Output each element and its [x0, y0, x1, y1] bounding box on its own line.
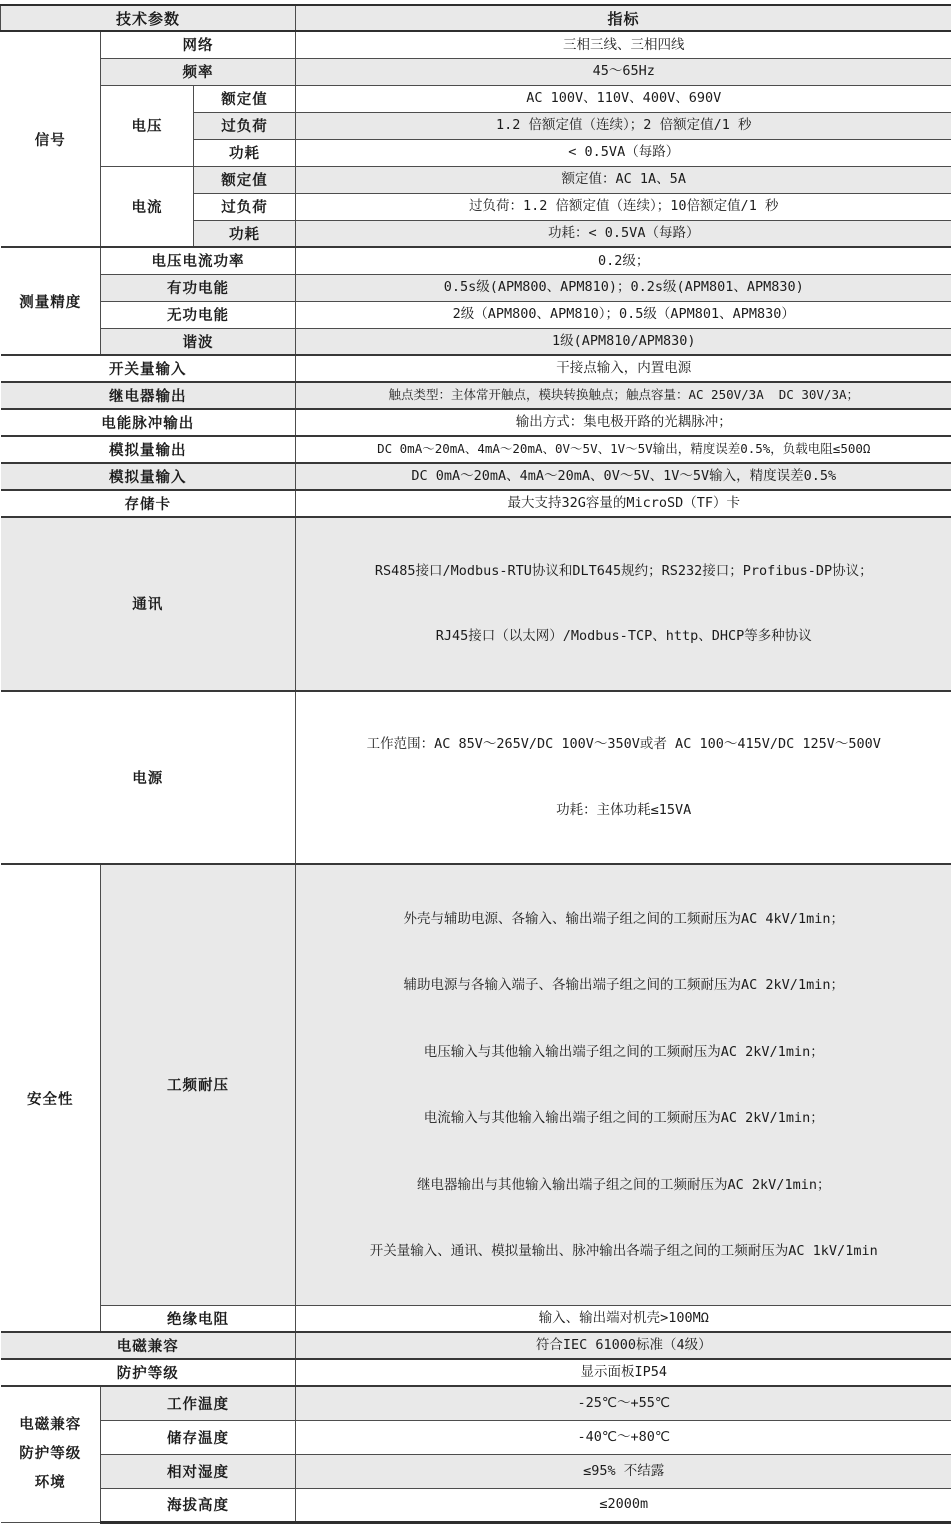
reactive-energy-value: 2级（APM800、APM810）；0.5级（APM801、APM830）	[296, 301, 951, 328]
environment-label-line3: 环境	[7, 1474, 95, 1492]
active-energy-value: 0.5s级(APM800、APM810)；0.2s级(APM801、APM830…	[296, 274, 951, 301]
reactive-energy-label: 无功电能	[101, 301, 296, 328]
table-row-withstand-voltage: 安全性 工频耐压 外壳与辅助电源、各输入、输出端子组之间的工频耐压为AC 4kV…	[1, 864, 951, 1305]
pulse-output-label: 电能脉冲输出	[1, 409, 296, 436]
withstand-line: 电流输入与其他输入输出端子组之间的工频耐压为AC 2kV/1min；	[302, 1105, 946, 1131]
withstand-line: 外壳与辅助电源、各输入、输出端子组之间的工频耐压为AC 4kV/1min；	[302, 906, 946, 932]
table-row-network: 信号 网络 三相三线、三相四线	[1, 31, 951, 58]
current-rated-label: 额定值	[194, 166, 296, 193]
emc-label: 电磁兼容	[1, 1332, 296, 1359]
power-supply-value: 工作范围：AC 85V～265V/DC 100V～350V或者 AC 100～4…	[296, 691, 951, 865]
header-tech-param: 技术参数	[1, 5, 296, 31]
table-row-pulse-output: 电能脉冲输出 输出方式：集电极开路的光耦脉冲；	[1, 409, 951, 436]
withstand-line: 开关量输入、通讯、模拟量输出、脉冲输出各端子组之间的工频耐压为AC 1kV/1m…	[302, 1238, 946, 1264]
communication-label: 通讯	[1, 517, 296, 691]
storage-temp-value: -40℃～+80℃	[296, 1420, 951, 1454]
harmonics-label: 谐波	[101, 328, 296, 355]
table-row-altitude: 海拔高度 ≤2000m	[1, 1488, 951, 1522]
analog-output-label: 模拟量输出	[1, 436, 296, 463]
network-label: 网络	[101, 31, 296, 58]
environment-label-line2: 防护等级	[7, 1445, 95, 1463]
table-row-protection: 防护等级 显示面板IP54	[1, 1359, 951, 1386]
vip-accuracy-label: 电压电流功率	[101, 247, 296, 274]
table-row-insulation: 绝缘电阻 输入、输出端对机壳>100MΩ	[1, 1305, 951, 1332]
relay-output-label: 继电器输出	[1, 382, 296, 409]
table-row-working-temp: 电磁兼容 防护等级 环境 工作温度 -25℃～+55℃	[1, 1386, 951, 1420]
group-label-current: 电流	[101, 166, 194, 247]
power-supply-label: 电源	[1, 691, 296, 865]
emc-value: 符合IEC 61000标准（4级）	[296, 1332, 951, 1359]
voltage-rated-value: AC 100V、110V、400V、690V	[296, 85, 951, 112]
table-row-relay-output: 继电器输出 触点类型：主体常开触点，模块转换触点；触点容量：AC 250V/3A…	[1, 382, 951, 409]
active-energy-label: 有功电能	[101, 274, 296, 301]
digital-input-value: 干接点输入，内置电源	[296, 355, 951, 382]
humidity-value: ≤95% 不结露	[296, 1454, 951, 1488]
table-row-vip-accuracy: 测量精度 电压电流功率 0.2级；	[1, 247, 951, 274]
voltage-consumption-value: < 0.5VA（每路）	[296, 139, 951, 166]
group-label-voltage: 电压	[101, 85, 194, 166]
voltage-rated-label: 额定值	[194, 85, 296, 112]
insulation-value: 输入、输出端对机壳>100MΩ	[296, 1305, 951, 1332]
table-row-communication: 通讯 RS485接口/Modbus-RTU协议和DLT645规约；RS232接口…	[1, 517, 951, 691]
table-row-humidity: 相对湿度 ≤95% 不结露	[1, 1454, 951, 1488]
environment-label-lines: 电磁兼容 防护等级 环境	[7, 1416, 95, 1492]
table-row-analog-output: 模拟量输出 DC 0mA～20mA、4mA～20mA、0V～5V、1V～5V输出…	[1, 436, 951, 463]
altitude-value: ≤2000m	[296, 1488, 951, 1522]
harmonics-value: 1级(APM810/APM830)	[296, 328, 951, 355]
power-supply-line1: 工作范围：AC 85V～265V/DC 100V～350V或者 AC 100～4…	[302, 732, 946, 757]
table-row-storage-temp: 储存温度 -40℃～+80℃	[1, 1420, 951, 1454]
network-value: 三相三线、三相四线	[296, 31, 951, 58]
withstand-line: 电压输入与其他输入输出端子组之间的工频耐压为AC 2kV/1min；	[302, 1039, 946, 1065]
current-overload-value: 过负荷：1.2 倍额定值（连续）；10倍额定值/1 秒	[296, 193, 951, 220]
vip-accuracy-value: 0.2级；	[296, 247, 951, 274]
header-indicator: 指标	[296, 5, 951, 31]
table-row-active-energy: 有功电能 0.5s级(APM800、APM810)；0.2s级(APM801、A…	[1, 274, 951, 301]
table-row-power-supply: 电源 工作范围：AC 85V～265V/DC 100V～350V或者 AC 10…	[1, 691, 951, 865]
table-row-voltage-rated: 电压 额定值 AC 100V、110V、400V、690V	[1, 85, 951, 112]
table-row-frequency: 频率 45～65Hz	[1, 58, 951, 85]
storage-card-label: 存储卡	[1, 490, 296, 517]
analog-input-label: 模拟量输入	[1, 463, 296, 490]
communication-line1: RS485接口/Modbus-RTU协议和DLT645规约；RS232接口；Pr…	[302, 559, 946, 584]
withstand-line: 继电器输出与其他输入输出端子组之间的工频耐压为AC 2kV/1min；	[302, 1172, 946, 1198]
communication-line2: RJ45接口（以太网）/Modbus-TCP、http、DHCP等多种协议	[302, 624, 946, 649]
protection-value: 显示面板IP54	[296, 1359, 951, 1386]
withstand-line: 辅助电源与各输入端子、各输出端子组之间的工频耐压为AC 2kV/1min；	[302, 972, 946, 998]
voltage-overload-label: 过负荷	[194, 112, 296, 139]
table-header-row: 技术参数 指标	[1, 5, 951, 31]
table-row-current-rated: 电流 额定值 额定值：AC 1A、5A	[1, 166, 951, 193]
altitude-label: 海拔高度	[101, 1488, 296, 1522]
withstand-voltage-value: 外壳与辅助电源、各输入、输出端子组之间的工频耐压为AC 4kV/1min； 辅助…	[296, 864, 951, 1305]
group-label-environment: 电磁兼容 防护等级 环境	[1, 1386, 101, 1522]
environment-label-line1: 电磁兼容	[7, 1416, 95, 1434]
frequency-label: 频率	[101, 58, 296, 85]
group-label-accuracy: 测量精度	[1, 247, 101, 355]
group-label-signal: 信号	[1, 31, 101, 247]
spec-table: 技术参数 指标 信号 网络 三相三线、三相四线 频率 45～65Hz 电压 额定…	[0, 4, 951, 1524]
table-row-harmonics: 谐波 1级(APM810/APM830)	[1, 328, 951, 355]
table-row-analog-input: 模拟量输入 DC 0mA～20mA、4mA～20mA、0V～5V、1V～5V输入…	[1, 463, 951, 490]
current-rated-value: 额定值：AC 1A、5A	[296, 166, 951, 193]
working-temp-value: -25℃～+55℃	[296, 1386, 951, 1420]
power-supply-line2: 功耗：主体功耗≤15VA	[302, 798, 946, 823]
voltage-consumption-label: 功耗	[194, 139, 296, 166]
current-overload-label: 过负荷	[194, 193, 296, 220]
frequency-value: 45～65Hz	[296, 58, 951, 85]
withstand-voltage-label: 工频耐压	[101, 864, 296, 1305]
group-label-safety: 安全性	[1, 864, 101, 1332]
storage-temp-label: 储存温度	[101, 1420, 296, 1454]
table-row-emc: 电磁兼容 符合IEC 61000标准（4级）	[1, 1332, 951, 1359]
communication-value: RS485接口/Modbus-RTU协议和DLT645规约；RS232接口；Pr…	[296, 517, 951, 691]
table-row-storage-card: 存储卡 最大支持32G容量的MicroSD（TF）卡	[1, 490, 951, 517]
insulation-label: 绝缘电阻	[101, 1305, 296, 1332]
current-consumption-label: 功耗	[194, 220, 296, 247]
humidity-label: 相对湿度	[101, 1454, 296, 1488]
current-consumption-value: 功耗：< 0.5VA（每路）	[296, 220, 951, 247]
analog-output-value: DC 0mA～20mA、4mA～20mA、0V～5V、1V～5V输出，精度误差0…	[296, 436, 951, 463]
pulse-output-value: 输出方式：集电极开路的光耦脉冲；	[296, 409, 951, 436]
relay-output-value: 触点类型：主体常开触点，模块转换触点；触点容量：AC 250V/3A DC 30…	[296, 382, 951, 409]
protection-label: 防护等级	[1, 1359, 296, 1386]
digital-input-label: 开关量输入	[1, 355, 296, 382]
table-row-digital-input: 开关量输入 干接点输入，内置电源	[1, 355, 951, 382]
table-row-reactive-energy: 无功电能 2级（APM800、APM810）；0.5级（APM801、APM83…	[1, 301, 951, 328]
working-temp-label: 工作温度	[101, 1386, 296, 1420]
voltage-overload-value: 1.2 倍额定值（连续）；2 倍额定值/1 秒	[296, 112, 951, 139]
storage-card-value: 最大支持32G容量的MicroSD（TF）卡	[296, 490, 951, 517]
analog-input-value: DC 0mA～20mA、4mA～20mA、0V～5V、1V～5V输入，精度误差0…	[296, 463, 951, 490]
spec-sheet: 技术参数 指标 信号 网络 三相三线、三相四线 频率 45～65Hz 电压 额定…	[0, 0, 951, 1004]
